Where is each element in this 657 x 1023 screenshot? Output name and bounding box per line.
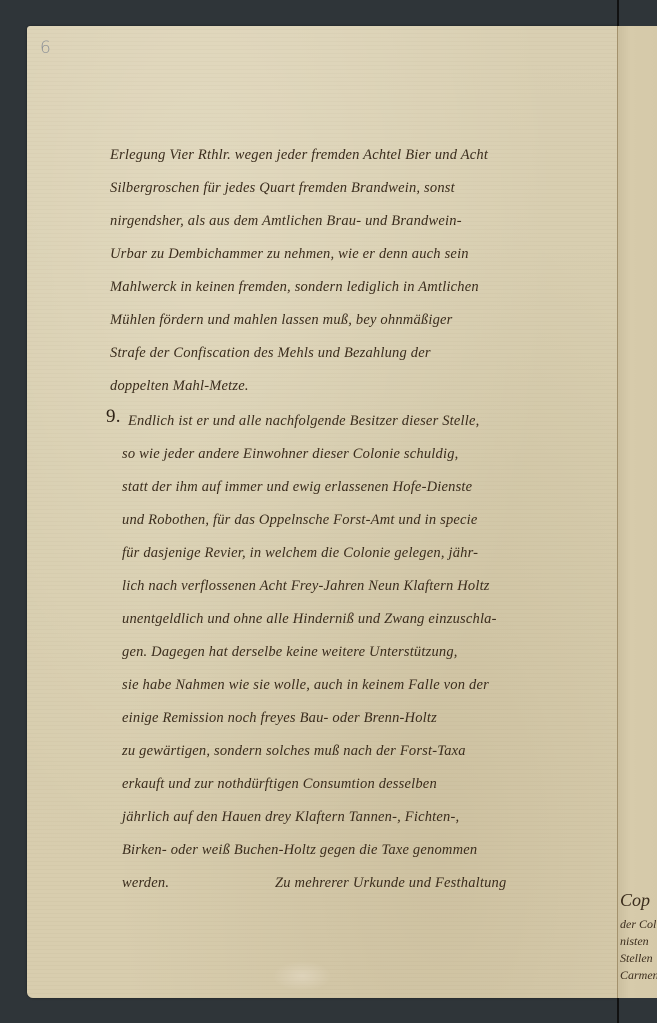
text-line: lich nach verflossenen Acht Frey-Jahren … xyxy=(122,571,490,601)
text-line: erkauft und zur nothdürftigen Consumtion… xyxy=(122,769,437,799)
paper-stain xyxy=(272,961,332,991)
gutter-divider-top xyxy=(617,0,619,26)
adjacent-page-text: der Col xyxy=(620,917,657,932)
text-line: Erlegung Vier Rthlr. wegen jeder fremden… xyxy=(110,140,488,170)
folio-number: 6 xyxy=(40,38,51,58)
adjacent-page-edge xyxy=(617,26,657,998)
text-line: Birken- oder weiß Buchen-Holtz gegen die… xyxy=(122,835,477,865)
text-line: Endlich ist er und alle nachfolgende Bes… xyxy=(128,406,479,436)
adjacent-page-text: Cop xyxy=(620,890,657,911)
text-line: Mühlen fördern und mahlen lassen muß, be… xyxy=(110,305,453,335)
closing-formula: Zu mehrerer Urkunde und Festhaltung xyxy=(275,868,506,898)
text-line: einige Remission noch freyes Bau- oder B… xyxy=(122,703,437,733)
text-line: Urbar zu Dembichammer zu nehmen, wie er … xyxy=(110,239,469,269)
text-line: doppelten Mahl-Metze. xyxy=(110,371,249,401)
paragraph-number: 9. xyxy=(106,406,121,428)
text-line: unentgeldlich und ohne alle Hinderniß un… xyxy=(122,604,497,634)
text-line: jährlich auf den Hauen drey Klaftern Tan… xyxy=(122,802,459,832)
text-line: Mahlwerck in keinen fremden, sondern led… xyxy=(110,272,479,302)
text-line: werden. xyxy=(122,868,169,898)
gutter-divider-bottom xyxy=(617,998,619,1023)
text-line: zu gewärtigen, sondern solches muß nach … xyxy=(122,736,466,766)
text-line: Strafe der Confiscation des Mehls und Be… xyxy=(110,338,431,368)
adjacent-page-text: Carmen xyxy=(620,968,657,983)
text-line: für dasjenige Revier, in welchem die Col… xyxy=(122,538,478,568)
text-line: gen. Dagegen hat derselbe keine weitere … xyxy=(122,637,458,667)
adjacent-page-text: Stellen xyxy=(620,951,657,966)
text-line: so wie jeder andere Einwohner dieser Col… xyxy=(122,439,458,469)
text-line: sie habe Nahmen wie sie wolle, auch in k… xyxy=(122,670,489,700)
text-line: Silbergroschen für jedes Quart fremden B… xyxy=(110,173,455,203)
text-line: und Robothen, für das Oppelnsche Forst-A… xyxy=(122,505,478,535)
text-line: nirgendsher, als aus dem Amtlichen Brau-… xyxy=(110,206,462,236)
text-line: statt der ihm auf immer und ewig erlasse… xyxy=(122,472,472,502)
adjacent-page-text: nisten xyxy=(620,934,657,949)
